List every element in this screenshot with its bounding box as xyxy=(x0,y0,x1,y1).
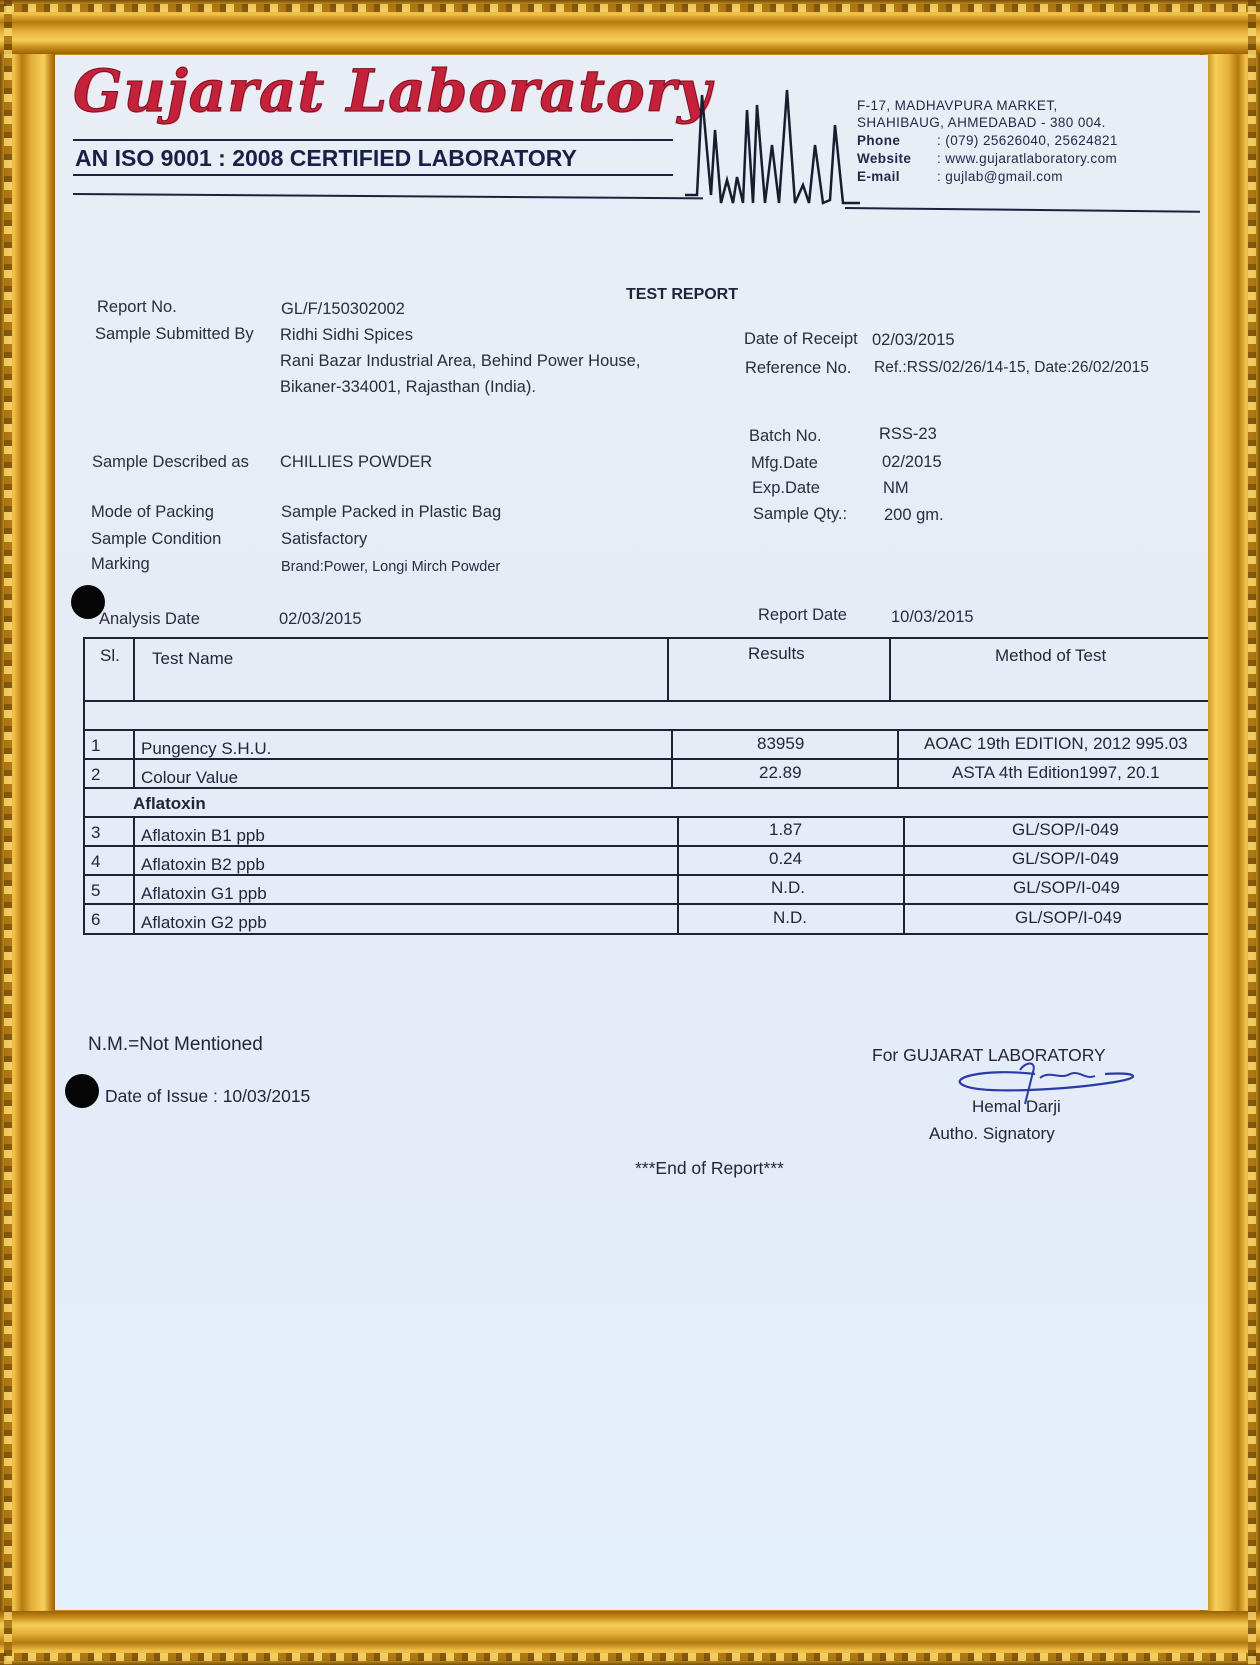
end-of-report: ***End of Report*** xyxy=(635,1158,784,1179)
reference-value: Ref.:RSS/02/26/14-15, Date:26/02/2015 xyxy=(874,359,1149,377)
divider xyxy=(73,193,703,199)
test-report-document: Gujarat Laboratory AN ISO 9001 : 2008 CE… xyxy=(55,55,1208,1610)
packing-label: Mode of Packing xyxy=(91,503,214,522)
table-border xyxy=(83,933,1208,935)
divider xyxy=(73,174,673,176)
reference-label: Reference No. xyxy=(745,359,851,378)
table-border xyxy=(677,816,679,934)
row-method: GL/SOP/I-049 xyxy=(1012,849,1119,869)
row-method: GL/SOP/I-049 xyxy=(1015,908,1122,928)
mfg-date-label: Mfg.Date xyxy=(751,454,818,473)
row-method: ASTA 4th Edition1997, 20.1 xyxy=(952,763,1160,783)
row-test-name: Aflatoxin B2 ppb xyxy=(141,855,265,875)
report-date-label: Report Date xyxy=(758,606,847,625)
report-date-value: 10/03/2015 xyxy=(891,608,974,627)
divider xyxy=(73,139,673,141)
table-border xyxy=(83,729,1208,731)
row-test-name: Aflatoxin G1 ppb xyxy=(141,884,267,904)
sample-described-value: CHILLIES POWDER xyxy=(280,453,432,472)
table-header-sl: Sl. xyxy=(100,646,120,666)
row-sl: 6 xyxy=(91,910,100,930)
row-test-name: Aflatoxin B1 ppb xyxy=(141,826,265,846)
table-border xyxy=(83,637,85,934)
table-border xyxy=(83,637,1208,639)
row-sl: 4 xyxy=(91,852,100,872)
table-border xyxy=(667,637,669,701)
row-result: N.D. xyxy=(773,908,807,928)
exp-date-value: NM xyxy=(883,479,909,498)
signatory-title: Autho. Signatory xyxy=(929,1124,1055,1144)
submitted-by-name: Ridhi Sidhi Spices xyxy=(280,326,413,345)
nm-note: N.M.=Not Mentioned xyxy=(88,1034,263,1056)
report-no-value: GL/F/150302002 xyxy=(281,300,405,319)
row-result: 1.87 xyxy=(769,820,802,840)
sample-qty-value: 200 gm. xyxy=(884,506,944,525)
submitted-by-label: Sample Submitted By xyxy=(95,325,254,344)
lab-address-line2: SHAHIBAUG, AHMEDABAD - 380 004. xyxy=(857,115,1106,130)
certification-text: AN ISO 9001 : 2008 CERTIFIED LABORATORY xyxy=(75,145,577,172)
row-result: 0.24 xyxy=(769,849,802,869)
divider xyxy=(845,207,1200,213)
table-group-aflatoxin: Aflatoxin xyxy=(133,794,206,814)
row-test-name: Colour Value xyxy=(141,768,238,788)
table-border xyxy=(133,729,135,788)
phone-value: : (079) 25626040, 25624821 xyxy=(937,133,1118,148)
marking-value: Brand:Power, Longi Mirch Powder xyxy=(281,559,500,575)
redaction-dot xyxy=(65,1074,99,1108)
batch-label: Batch No. xyxy=(749,427,821,446)
sample-qty-label: Sample Qty.: xyxy=(753,505,847,524)
analysis-date-value: 02/03/2015 xyxy=(279,610,362,629)
submitted-by-address2: Bikaner-334001, Rajasthan (India). xyxy=(280,378,536,397)
table-border xyxy=(83,700,1208,702)
frame-ornament xyxy=(1248,0,1256,1665)
signatory-name: Hemal Darji xyxy=(972,1097,1061,1117)
receipt-date-label: Date of Receipt xyxy=(744,330,858,349)
condition-label: Sample Condition xyxy=(91,530,221,549)
website-label: Website xyxy=(857,151,937,166)
frame-ornament xyxy=(4,0,12,1665)
row-test-name: Pungency S.H.U. xyxy=(141,739,271,759)
batch-value: RSS-23 xyxy=(879,425,937,444)
website-value[interactable]: : www.gujaratlaboratory.com xyxy=(937,151,1117,166)
table-border xyxy=(897,729,899,788)
mfg-date-value: 02/2015 xyxy=(882,453,942,472)
exp-date-label: Exp.Date xyxy=(752,479,820,498)
table-border xyxy=(83,816,1208,818)
condition-value: Satisfactory xyxy=(281,530,367,549)
chromatogram-logo-icon xyxy=(685,85,860,210)
frame-ornament xyxy=(0,4,1260,12)
row-method: GL/SOP/I-049 xyxy=(1013,878,1120,898)
table-header-method: Method of Test xyxy=(995,646,1106,666)
table-border xyxy=(133,816,135,934)
sample-described-label: Sample Described as xyxy=(92,453,249,472)
email-label: E-mail xyxy=(857,169,937,184)
row-result: N.D. xyxy=(771,878,805,898)
table-header-test-name: Test Name xyxy=(152,649,233,669)
row-result: 83959 xyxy=(757,734,804,754)
row-method: GL/SOP/I-049 xyxy=(1012,820,1119,840)
report-no-label: Report No. xyxy=(97,298,177,317)
marking-label: Marking xyxy=(91,555,150,574)
row-method: AOAC 19th EDITION, 2012 995.03 xyxy=(924,734,1188,754)
table-header-results: Results xyxy=(748,644,805,664)
table-border xyxy=(903,816,905,934)
table-border xyxy=(889,637,891,701)
lab-address-line1: F-17, MADHAVPURA MARKET, xyxy=(857,98,1058,113)
row-test-name: Aflatoxin G2 ppb xyxy=(141,913,267,933)
date-of-issue: Date of Issue : 10/03/2015 xyxy=(105,1086,310,1107)
submitted-by-address1: Rani Bazar Industrial Area, Behind Power… xyxy=(280,352,640,371)
table-border xyxy=(133,637,135,701)
row-sl: 3 xyxy=(91,823,100,843)
table-border xyxy=(671,729,673,788)
table-border xyxy=(83,787,1208,789)
frame-ornament xyxy=(0,1653,1260,1661)
packing-value: Sample Packed in Plastic Bag xyxy=(281,503,501,522)
report-title: TEST REPORT xyxy=(626,286,738,304)
receipt-date-value: 02/03/2015 xyxy=(872,331,955,350)
email-value[interactable]: : gujlab@gmail.com xyxy=(937,169,1063,184)
row-sl: 1 xyxy=(91,736,100,756)
analysis-date-label: Analysis Date xyxy=(99,610,200,629)
row-sl: 2 xyxy=(91,765,100,785)
lab-logo-title: Gujarat Laboratory xyxy=(73,57,712,125)
phone-label: Phone xyxy=(857,133,937,148)
row-sl: 5 xyxy=(91,881,100,901)
row-result: 22.89 xyxy=(759,763,802,783)
